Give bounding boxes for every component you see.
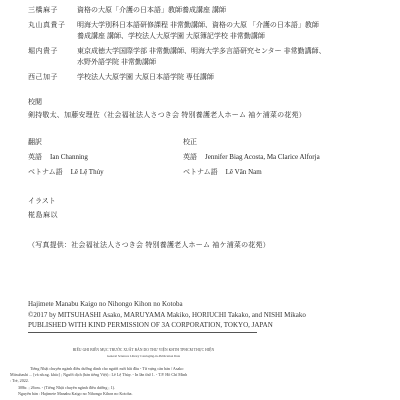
proofreading-heading: 校正 [183,137,380,148]
author-name: 三橋麻子 [28,5,77,17]
author-row: 西己加子 学校法人大原学園 大原日本語学院 専任講師 [28,72,380,84]
cip-line: Nguyên bản : Hajimete Manabu Kaigo no Ni… [10,391,222,397]
cip-block: BIỂU GHI BIÊN MỤC TRƯỚC XUẤT BẢN DO THƯ … [10,347,222,398]
author-affiliation: 東京成徳大学国際学部 非常勤講師、明海大学多言語研究センター 非常勤講師、 水野… [77,46,326,69]
author-name: 堀内貴子 [28,46,77,69]
translation-section: 翻訳 英語Ian Channing ベトナム語Lê Lệ Thủy [28,137,183,178]
author-name: 丸山真貴子 [28,20,77,43]
cip-subheader: General Sciences Library Cataloging-in-P… [10,354,222,359]
proofreader-names: Jennifer Biag Acosta, Ma Clarice Alforja [205,153,320,161]
language-label: ベトナム語 [28,167,63,178]
credits-columns: 翻訳 英語Ian Channing ベトナム語Lê Lệ Thủy 校正 英語J… [28,137,380,178]
photo-credit: （写真提供：社会福祉法人さつき会 特別養護老人ホーム 袖ケ浦菜の花苑） [28,240,380,251]
proofreading-row-vietnamese: ベトナム語Lê Văn Nam [183,167,380,178]
review-heading: 校閲 [28,97,380,108]
author-list: 三橋麻子 資格の大原「介護の日本語」教師養成講座 講師 丸山真貴子 明海大学別科… [28,5,380,83]
permission-line: PUBLISHED WITH KIND PERMISSION OF 3A COR… [28,320,380,331]
proofreader-names: Lê Văn Nam [226,168,262,176]
language-label: 英語 [183,152,197,163]
cip-line: : Trẻ, 2022. [10,378,222,384]
proofreading-row-english: 英語Jennifer Biag Acosta, Ma Clarice Alfor… [183,152,380,163]
cip-entry: Tiếng Nhật chuyên ngành điều dưỡng dành … [10,366,222,398]
translator-names: Lê Lệ Thủy [71,168,104,176]
cip-line: 308tr. ; 26cm. - (Tiếng Nhật chuyên ngàn… [10,385,222,391]
translation-heading: 翻訳 [28,137,183,148]
romanized-title: Hajimete Manabu Kaigo no Nihongo Kihon n… [28,299,380,310]
colophon-page: 三橋麻子 資格の大原「介護の日本語」教師養成講座 講師 丸山真貴子 明海大学別科… [0,0,400,400]
proofreading-section: 校正 英語Jennifer Biag Acosta, Ma Clarice Al… [183,137,380,178]
review-section: 校閲 剣持敬太、加藤安理佐（社会福祉法人さつき会 特別養護老人ホーム 袖ケ浦菜の… [28,97,380,121]
author-affiliation: 明海大学別科日本語研修課程 非常勤講師、資格の大原 「介護の日本語」教師 養成講… [77,20,319,43]
review-names: 剣持敬太、加藤安理佐（社会福祉法人さつき会 特別養護老人ホーム 袖ケ浦菜の花苑） [28,110,380,121]
illustration-heading: イラスト [28,196,380,207]
author-row: 三橋麻子 資格の大原「介護の日本語」教師養成講座 講師 [28,5,380,17]
author-affiliation: 資格の大原「介護の日本語」教師養成講座 講師 [77,5,226,17]
copyright-block: Hajimete Manabu Kaigo no Nihongo Kihon n… [28,299,380,331]
illustrator-name: 椛島麻以 [28,210,380,221]
illustration-section: イラスト 椛島麻以 [28,196,380,221]
language-label: 英語 [28,152,42,163]
translation-row-english: 英語Ian Channing [28,152,183,163]
author-row: 堀内貴子 東京成徳大学国際学部 非常勤講師、明海大学多言語研究センター 非常勤講… [28,46,380,69]
copyright-line: ©2017 by MITSUHASHI Asako, MARUYAMA Maki… [28,310,380,321]
author-row: 丸山真貴子 明海大学別科日本語研修課程 非常勤講師、資格の大原 「介護の日本語」… [28,20,380,43]
divider-line [28,332,257,333]
cip-header: BIỂU GHI BIÊN MỤC TRƯỚC XUẤT BẢN DO THƯ … [10,347,222,353]
translator-names: Ian Channing [50,153,88,161]
author-name: 西己加子 [28,72,77,84]
language-label: ベトナム語 [183,167,218,178]
translation-row-vietnamese: ベトナム語Lê Lệ Thủy [28,167,183,178]
author-affiliation: 学校法人大原学園 大原日本語学院 専任講師 [77,72,214,84]
